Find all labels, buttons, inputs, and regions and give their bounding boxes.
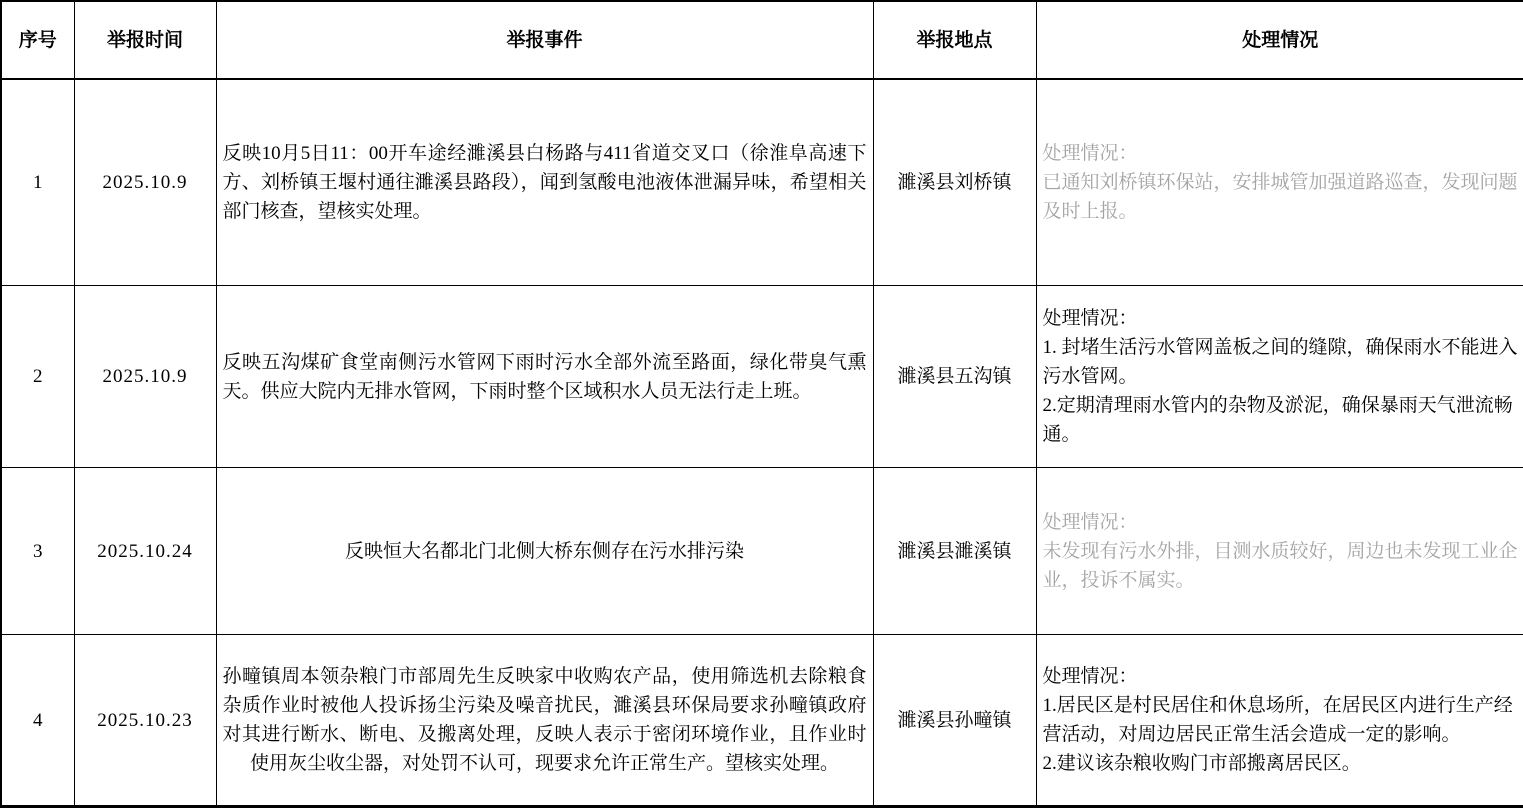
table-row: 1 2025.10.9 反映10月5日11：00开车途经濉溪县白杨路与411省道… (1, 79, 1523, 286)
handling-status-cell: 处理情况： 1. 封堵生活污水管网盖板之间的缝隙，确保雨水不能进入污水管网。 2… (1036, 286, 1523, 468)
table-row: 4 2025.10.23 孙疃镇周本领杂粮门市部周先生反映家中收购农产品，使用筛… (1, 635, 1523, 807)
report-location-cell: 濉溪县刘桥镇 (873, 79, 1036, 286)
header-handling-status: 处理情况 (1036, 1, 1523, 79)
report-location-cell: 濉溪县濉溪镇 (873, 467, 1036, 635)
serial-number-cell: 4 (1, 635, 74, 807)
report-event-cell: 反映五沟煤矿食堂南侧污水管网下雨时污水全部外流至路面，绿化带臭气熏天。供应大院内… (216, 286, 873, 468)
report-time-cell: 2025.10.23 (74, 635, 216, 807)
report-event-cell: 反映10月5日11：00开车途经濉溪县白杨路与411省道交叉口（徐淮阜高速下方、… (216, 79, 873, 286)
report-event-cell: 反映恒大名都北门北侧大桥东侧存在污水排污染 (216, 467, 873, 635)
handling-status-cell: 处理情况： 已通知刘桥镇环保站，安排城管加强道路巡查，发现问题及时上报。 (1036, 79, 1523, 286)
report-location-cell: 濉溪县五沟镇 (873, 286, 1036, 468)
table-row: 3 2025.10.24 反映恒大名都北门北侧大桥东侧存在污水排污染 濉溪县濉溪… (1, 467, 1523, 635)
report-location-cell: 濉溪县孙疃镇 (873, 635, 1036, 807)
header-report-event: 举报事件 (216, 1, 873, 79)
header-report-location: 举报地点 (873, 1, 1036, 79)
table-row: 2 2025.10.9 反映五沟煤矿食堂南侧污水管网下雨时污水全部外流至路面，绿… (1, 286, 1523, 468)
report-event-cell: 孙疃镇周本领杂粮门市部周先生反映家中收购农产品，使用筛选机去除粮食杂质作业时被他… (216, 635, 873, 807)
report-time-cell: 2025.10.9 (74, 286, 216, 468)
report-time-cell: 2025.10.24 (74, 467, 216, 635)
serial-number-cell: 2 (1, 286, 74, 468)
report-time-cell: 2025.10.9 (74, 79, 216, 286)
serial-number-cell: 1 (1, 79, 74, 286)
complaints-table: 序号 举报时间 举报事件 举报地点 处理情况 1 2025.10.9 反映10月… (0, 0, 1523, 808)
handling-status-cell: 处理情况： 1.居民区是村民居住和休息场所，在居民区内进行生产经营活动，对周边居… (1036, 635, 1523, 807)
complaint-report-page: 序号 举报时间 举报事件 举报地点 处理情况 1 2025.10.9 反映10月… (0, 0, 1523, 808)
header-report-time: 举报时间 (74, 1, 216, 79)
table-header-row: 序号 举报时间 举报事件 举报地点 处理情况 (1, 1, 1523, 79)
header-serial-number: 序号 (1, 1, 74, 79)
serial-number-cell: 3 (1, 467, 74, 635)
handling-status-cell: 处理情况： 未发现有污水外排，目测水质较好，周边也未发现工业企业，投诉不属实。 (1036, 467, 1523, 635)
